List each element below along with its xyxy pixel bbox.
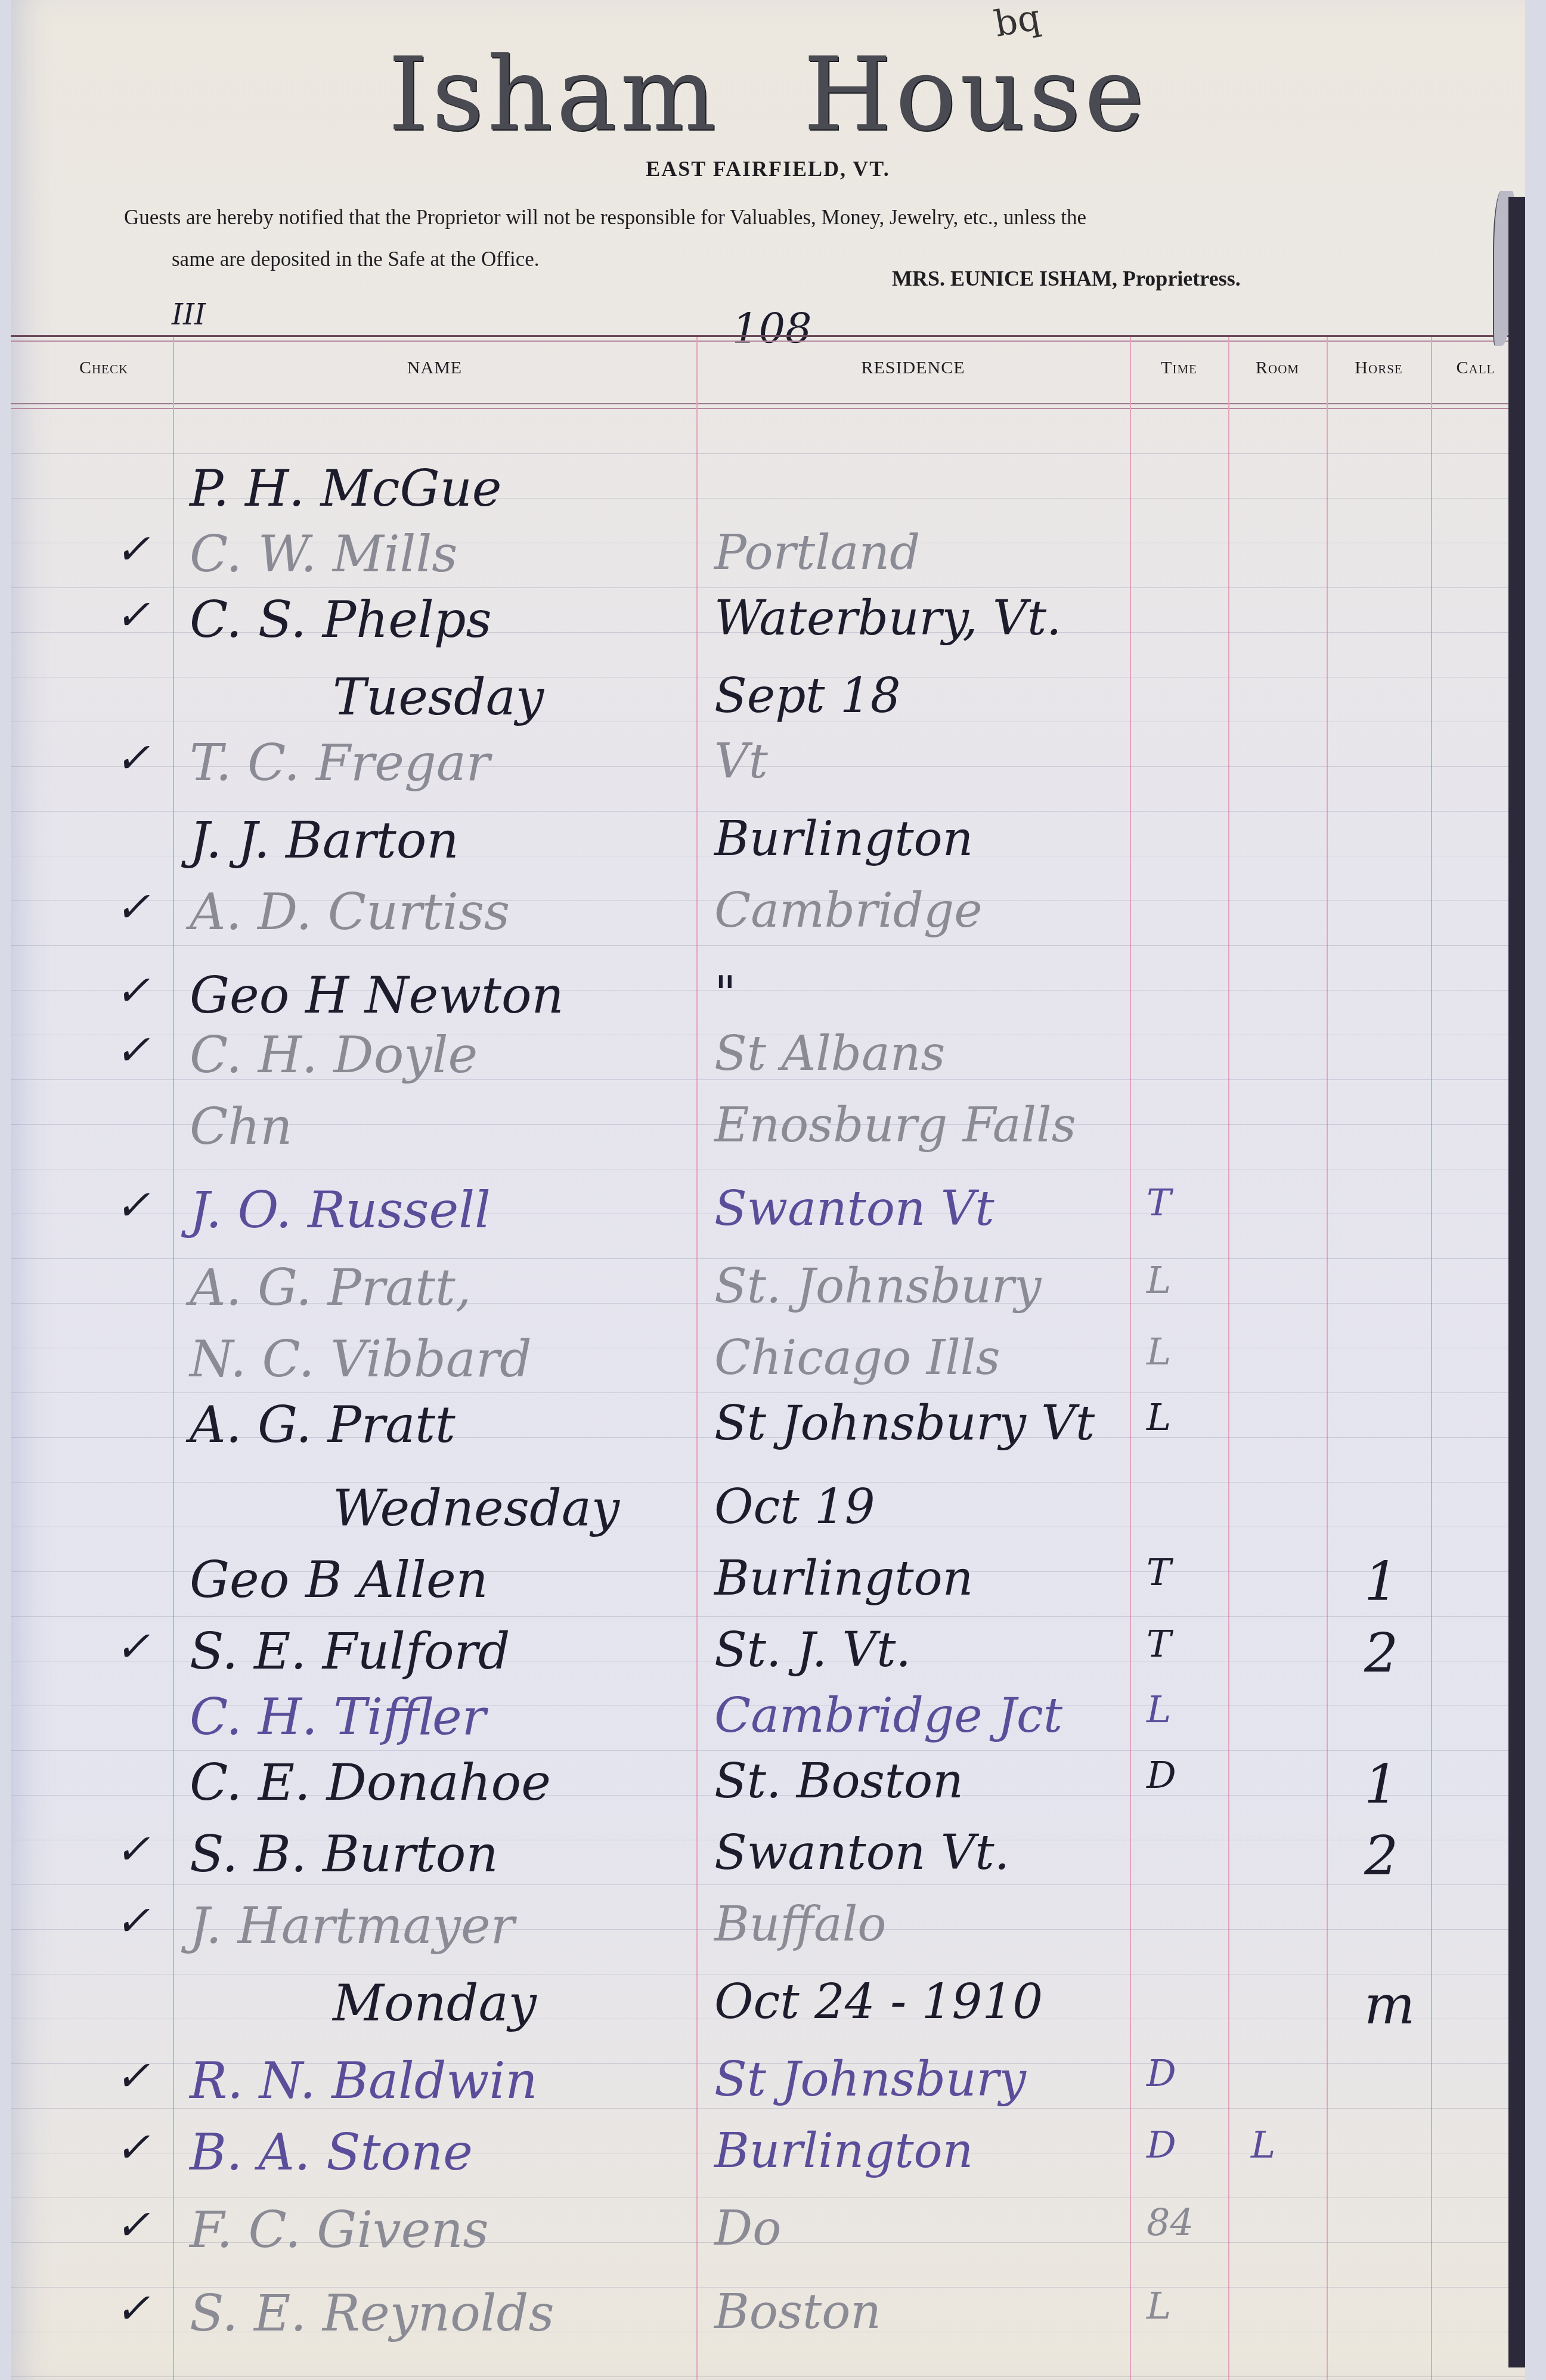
ruled-line (11, 2376, 1525, 2377)
ruled-line (11, 453, 1525, 454)
time-mark: L (1147, 2284, 1171, 2328)
column-divider (1431, 337, 1432, 2380)
guest-name: B. A. Stone (190, 2123, 473, 2181)
guest-residence: Cambridge (714, 883, 983, 938)
guest-residence: Do (714, 2201, 781, 2256)
check-mark: ✓ (115, 525, 150, 574)
guest-residence: Portland (714, 525, 920, 580)
page-number: 108 (732, 304, 812, 353)
guest-name: S. E. Fulford (190, 1622, 510, 1680)
column-divider (1327, 337, 1328, 2380)
ruled-line (11, 1392, 1525, 1393)
guest-residence: Swanton Vt (714, 1181, 994, 1236)
column-divider (696, 337, 698, 2380)
ruled-line (11, 1884, 1525, 1885)
guest-residence: St. Johnsbury (714, 1258, 1041, 1314)
time-mark: D (1147, 2051, 1176, 2095)
check-mark: ✓ (115, 1622, 150, 1671)
column-header-name: NAME (173, 358, 696, 378)
date-value: Oct 19 (714, 1479, 875, 1534)
time-mark: L (1147, 1258, 1171, 1302)
ruled-line (11, 1616, 1525, 1617)
check-mark: ✓ (115, 966, 150, 1015)
time-mark: L (1147, 1688, 1171, 1731)
column-header-call: Call (1431, 358, 1520, 378)
guest-name: J. O. Russell (190, 1181, 491, 1239)
guest-name: J. J. Barton (190, 811, 459, 869)
guest-name: C. H. Tiffler (190, 1688, 486, 1746)
proprietress-line: MRS. EUNICE ISHAM, Proprietress. (892, 266, 1241, 291)
time-mark: L (1147, 1330, 1171, 1373)
hotel-location: EAST FAIRFIELD, VT. (11, 156, 1525, 181)
date-weekday: Wednesday (333, 1479, 619, 1537)
check-mark: ✓ (115, 2284, 150, 2333)
column-header-room: Room (1228, 358, 1327, 378)
column-divider (173, 337, 174, 2380)
guest-residence: Cambridge Jct (714, 1688, 1062, 1743)
ruled-line (11, 2198, 1525, 2198)
guest-residence: " (714, 966, 736, 1022)
notice-line-1: Guests are hereby notified that the Prop… (124, 206, 1086, 229)
check-mark: ✓ (115, 590, 150, 639)
check-mark: ✓ (115, 1181, 150, 1230)
column-header-time: Time (1130, 358, 1228, 378)
guest-name: S. E. Reynolds (190, 2284, 554, 2342)
guest-name: C. W. Mills (190, 525, 457, 583)
horse-mark: 1 (1364, 1550, 1398, 1613)
horse-mark: 1 (1364, 1753, 1398, 1816)
time-mark: D (1147, 2123, 1176, 2167)
header-top-rule (11, 335, 1525, 342)
guest-name: C. E. Donahoe (190, 1753, 551, 1812)
ruled-line (11, 1169, 1525, 1169)
guest-name: P. H. McGue (190, 459, 502, 518)
guest-residence: St Albans (714, 1026, 945, 1081)
guest-name: Chn (190, 1097, 292, 1156)
check-mark: ✓ (115, 2051, 150, 2100)
column-divider (1130, 337, 1131, 2380)
guest-residence: Swanton Vt. (714, 1825, 1009, 1880)
guest-residence: Waterbury, Vt. (714, 590, 1061, 646)
check-mark: ✓ (115, 2123, 150, 2172)
check-mark: ✓ (115, 883, 150, 931)
header-bottom-rule (11, 403, 1525, 409)
guest-name: C. S. Phelps (190, 590, 492, 649)
time-mark: T (1147, 1550, 1171, 1594)
guest-name: A. D. Curtiss (190, 883, 510, 941)
guest-name: J. Hartmayer (190, 1896, 515, 1955)
guest-name: F. C. Givens (190, 2201, 489, 2259)
room-mark: L (1251, 2123, 1275, 2167)
margin-tally-mark: III (172, 298, 206, 332)
horse-mark: m (1364, 1974, 1415, 2037)
guest-residence: St Johnsbury Vt (714, 1395, 1095, 1451)
guest-residence: Burlington (714, 1550, 973, 1606)
guest-name: T. C. Fregar (190, 734, 490, 792)
guest-name: N. C. Vibbard (190, 1330, 532, 1388)
guest-residence: Burlington (714, 811, 973, 866)
check-mark: ✓ (115, 734, 150, 782)
guest-residence: Buffalo (714, 1896, 886, 1952)
guest-residence: Burlington (714, 2123, 973, 2178)
column-header-check: Check (35, 358, 173, 378)
time-mark: L (1147, 1395, 1171, 1439)
ruled-line (11, 945, 1525, 946)
guest-residence: Boston (714, 2284, 881, 2339)
guest-name: A. G. Pratt (190, 1395, 456, 1454)
guest-residence: St. Boston (714, 1753, 963, 1809)
time-mark: D (1147, 1753, 1176, 1797)
guest-residence: Enosburg Falls (714, 1097, 1076, 1153)
time-mark: T (1147, 1181, 1171, 1224)
guest-residence: Chicago Ills (714, 1330, 1000, 1385)
column-divider (1228, 337, 1229, 2380)
guest-name: S. B. Burton (190, 1825, 498, 1883)
time-mark: T (1147, 1622, 1171, 1666)
check-mark: ✓ (115, 1026, 150, 1075)
horse-mark: 2 (1364, 1825, 1398, 1887)
ruled-line (11, 587, 1525, 588)
guest-name: C. H. Doyle (190, 1026, 478, 1084)
guest-residence: St. J. Vt. (714, 1622, 911, 1678)
guest-name: Geo B Allen (190, 1550, 488, 1609)
valuables-notice: Guests are hereby notified that the Prop… (124, 197, 1448, 280)
date-weekday: Tuesday (333, 668, 544, 726)
check-mark: ✓ (115, 2201, 150, 2249)
book-binding-edge (1508, 197, 1525, 2367)
guest-name: A. G. Pratt, (190, 1258, 472, 1317)
date-value: Sept 18 (714, 668, 901, 723)
date-value: Oct 24 - 1910 (714, 1974, 1043, 2029)
check-mark: ✓ (115, 1896, 150, 1945)
horse-mark: 2 (1364, 1622, 1398, 1685)
date-weekday: Monday (333, 1974, 537, 2032)
guest-residence: Vt (714, 734, 768, 789)
time-mark: 84 (1147, 2201, 1194, 2244)
column-header-horse: Horse (1327, 358, 1431, 378)
check-mark: ✓ (115, 1825, 150, 1874)
hotel-title: Isham House (11, 36, 1525, 154)
notice-line-2: same are deposited in the Safe at the Of… (124, 239, 1448, 280)
guest-name: Geo H Newton (190, 966, 564, 1025)
ledger-page: bq Isham House EAST FAIRFIELD, VT. Guest… (11, 0, 1525, 2380)
column-header-residence: RESIDENCE (696, 358, 1130, 378)
ruled-line (11, 1750, 1525, 1751)
guest-residence: St Johnsbury (714, 2051, 1026, 2107)
guest-name: R. N. Baldwin (190, 2051, 538, 2110)
